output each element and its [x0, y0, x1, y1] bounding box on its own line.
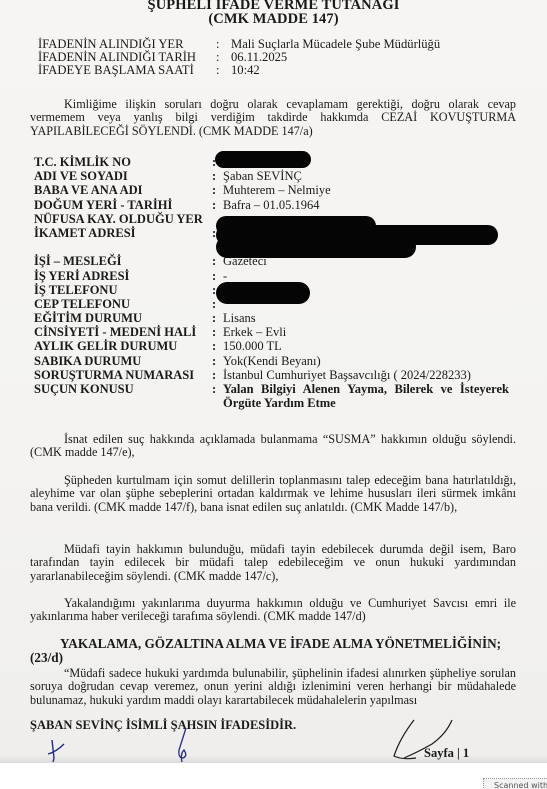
statement-meta: İFADENİN ALINDIĞI YER : Mali Suçlarla Mü… [38, 38, 440, 77]
identity-separator: : [212, 368, 223, 382]
identity-label: NÜFUSA KAY. OLDUĞU YER [34, 212, 212, 226]
regulation-heading-line2: (23/d) [30, 651, 518, 665]
identity-separator: : [212, 339, 223, 353]
closing-statement: ŞABAN SEVİNÇ İSİMLİ ŞAHSIN İFADESİDİR. [30, 718, 296, 733]
identity-value: Bafra – 01.05.1964 [223, 198, 320, 212]
identity-value: Muhterem – Nelmiye [223, 183, 331, 197]
scanned-document-page: ŞUPHELİ İFADE VERME TUTANAGI (CMK MADDE … [0, 0, 547, 763]
identity-label: İKAMET ADRESİ [34, 226, 212, 240]
identity-separator: : [212, 354, 223, 368]
identity-separator: : [212, 382, 223, 410]
identity-row: İŞ YERİ ADRESİ:- [34, 269, 509, 283]
identity-row: BABA VE ANA ADI:Muhterem – Nelmiye [34, 183, 509, 197]
meta-separator: : [216, 64, 231, 77]
identity-label: İŞ YERİ ADRESİ [34, 269, 212, 283]
paragraph-susma: İsnat edilen suç hakkında açıklamada bul… [30, 433, 516, 460]
intro-paragraph: Kimliğime ilişkin soruları doğru olarak … [30, 98, 516, 138]
identity-label: İŞİ – MESLEĞİ [34, 254, 212, 268]
identity-separator: : [212, 325, 223, 339]
identity-value: Lisans [223, 311, 256, 325]
identity-label: AYLIK GELİR DURUMU [34, 339, 212, 353]
identity-separator: : [212, 311, 223, 325]
identity-separator: : [212, 183, 223, 197]
identity-separator: : [212, 198, 223, 212]
scanner-watermark: Scanned with [483, 778, 547, 789]
identity-label: SUÇUN KONUSU [34, 382, 212, 410]
identity-label: İŞ TELEFONU [34, 283, 212, 297]
identity-value: İstanbul Cumhuriyet Başsavcılığı ( 2024/… [223, 368, 471, 382]
identity-row: SORUŞTURMA NUMARASI:İstanbul Cumhuriyet … [34, 368, 509, 382]
identity-label: SORUŞTURMA NUMARASI [34, 368, 212, 382]
paragraph-text: Müdafi tayin hakkımın bulunduğu, müdafi … [30, 542, 516, 583]
paragraph-deliller: Şüpheden kurtulmam için somut delillerin… [30, 474, 516, 514]
identity-label: ADI VE SOYADI [34, 169, 212, 183]
identity-row: SABIKA DURUMU:Yok(Kendi Beyanı) [34, 354, 509, 368]
regulation-quote: “Müdafi sadece hukuki yardımda bulunabil… [30, 667, 516, 707]
identity-label: SABIKA DURUMU [34, 354, 212, 368]
identity-row: SUÇUN KONUSU:Yalan Bilgiyi Alenen Yayma,… [34, 382, 509, 410]
identity-value: Erkek – Evli [223, 325, 286, 339]
meta-row-time: İFADEYE BAŞLAMA SAATİ : 10:42 [38, 64, 440, 77]
identity-row: AYLIK GELİR DURUMU:150.000 TL [34, 339, 509, 353]
identity-value: - [223, 269, 227, 283]
paragraph-text: İsnat edilen suç hakkında açıklamada bul… [30, 432, 516, 459]
regulation-heading: YAKALAMA, GÖZALTINA ALMA VE İFADE ALMA Y… [30, 637, 518, 665]
intro-paragraph-text: Kimliğime ilişkin soruları doğru olarak … [30, 97, 516, 138]
paragraph-text: Şüpheden kurtulmam için somut delillerin… [30, 473, 516, 514]
identity-row: EĞİTİM DURUMU:Lisans [34, 311, 509, 325]
meta-value: 10:42 [231, 64, 260, 77]
identity-row: CİNSİYETİ - MEDENİ HALİ:Erkek – Evli [34, 325, 509, 339]
identity-row: DOĞUM YERİ - TARİHİ:Bafra – 01.05.1964 [34, 198, 509, 212]
document-subtitle: (CMK MADDE 147) [0, 12, 547, 27]
identity-value: Yalan Bilgiyi Alenen Yayma, Bilerek ve İ… [223, 382, 509, 410]
paragraph-text: Yakalandığımı yakınlarıma duyurma hakkım… [30, 596, 516, 623]
identity-label: CİNSİYETİ - MEDENİ HALİ [34, 325, 212, 339]
identity-value: Yok(Kendi Beyanı) [223, 354, 321, 368]
identity-label: CEP TELEFONU [34, 297, 212, 311]
identity-value: Şaban SEVİNÇ [223, 169, 302, 183]
identity-row: ADI VE SOYADI:Şaban SEVİNÇ [34, 169, 509, 183]
paragraph-yakinlar: Yakalandığımı yakınlarıma duyurma hakkım… [30, 597, 516, 624]
scan-edge-shadow [0, 755, 547, 763]
identity-label: T.C. KİMLİK NO [34, 155, 212, 169]
redaction-tc-kimlik [215, 151, 311, 168]
identity-label: EĞİTİM DURUMU [34, 311, 212, 325]
paragraph-mudafi: Müdafi tayin hakkımın bulunduğu, müdafi … [30, 543, 516, 583]
identity-label: BABA VE ANA ADI [34, 183, 212, 197]
redaction-is-telefonu [216, 282, 310, 304]
identity-value: 150.000 TL [223, 339, 282, 353]
redaction-ikamet-2 [216, 236, 416, 258]
regulation-quote-text: “Müdafi sadece hukuki yardımda bulunabil… [30, 666, 516, 707]
identity-separator: : [212, 169, 223, 183]
identity-label [34, 240, 212, 254]
identity-separator: : [212, 269, 223, 283]
regulation-heading-line1: YAKALAMA, GÖZALTINA ALMA VE İFADE ALMA Y… [60, 636, 501, 651]
meta-label: İFADEYE BAŞLAMA SAATİ [38, 64, 216, 77]
identity-label: DOĞUM YERİ - TARİHİ [34, 198, 212, 212]
